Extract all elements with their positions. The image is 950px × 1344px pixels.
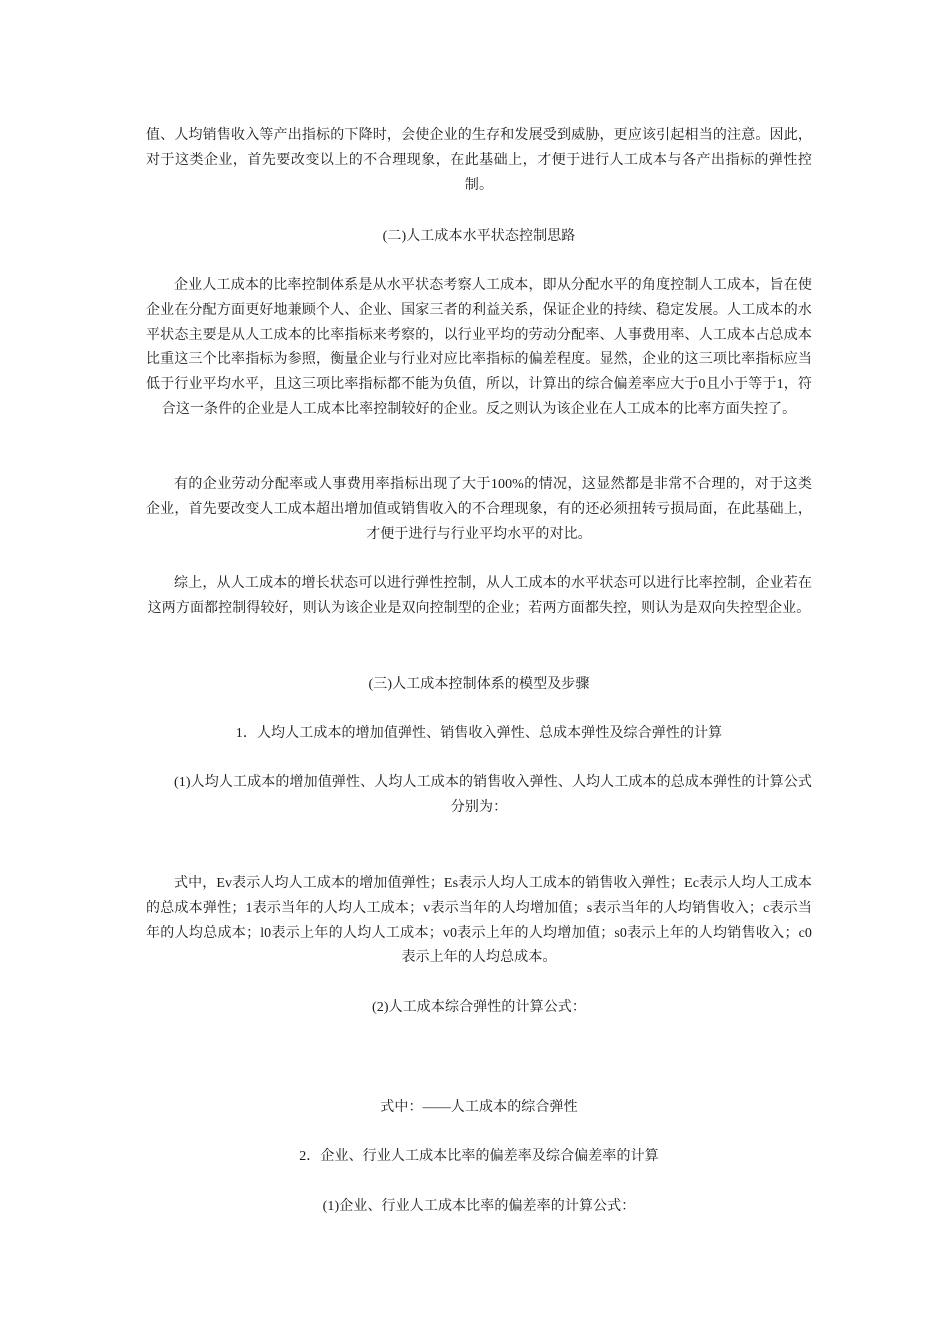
paragraph-formula-intro-3: (1)企业、行业人工成本比率的偏差率的计算公式： <box>146 1195 812 1220</box>
subheading-2: 2．企业、行业人工成本比率的偏差率及综合偏差率的计算 <box>146 1145 812 1170</box>
section-heading-3: (三)人工成本控制体系的模型及步骤 <box>146 673 812 698</box>
section-heading-2: (二)人工成本水平状态控制思路 <box>146 225 812 250</box>
paragraph-formula-intro-2: (2)人工成本综合弹性的计算公式： <box>146 996 812 1021</box>
paragraph-variable-definitions: 式中，Ev表示人均人工成本的增加值弹性；Es表示人均人工成本的销售收入弹性；Ec… <box>146 872 812 971</box>
document-page: 值、人均销售收入等产出指标的下降时，会使企业的生存和发展受到威胁，更应该引起相当… <box>0 0 950 1344</box>
subheading-1: 1．人均人工成本的增加值弹性、销售收入弹性、总成本弹性及综合弹性的计算 <box>146 722 812 747</box>
paragraph-elasticity-warning: 值、人均销售收入等产出指标的下降时，会使企业的生存和发展受到威胁，更应该引起相当… <box>146 124 812 198</box>
paragraph-formula-legend: 式中：——人工成本的综合弹性 <box>146 1096 812 1121</box>
paragraph-summary: 综上，从人工成本的增长状态可以进行弹性控制，从人工成本的水平状态可以进行比率控制… <box>146 572 812 622</box>
paragraph-over-100-percent: 有的企业劳动分配率或人事费用率指标出现了大于100%的情况，这显然都是非常不合理… <box>146 473 812 547</box>
formula-image-placeholder-1 <box>146 822 812 870</box>
paragraph-formula-intro-1: (1)人均人工成本的增加值弹性、人均人工成本的销售收入弹性、人均人工成本的总成本… <box>146 771 812 821</box>
formula-image-placeholder-2 <box>146 1030 812 1090</box>
paragraph-ratio-control-system: 企业人工成本的比率控制体系是从水平状态考察人工成本，即从分配水平的角度控制人工成… <box>146 274 812 423</box>
